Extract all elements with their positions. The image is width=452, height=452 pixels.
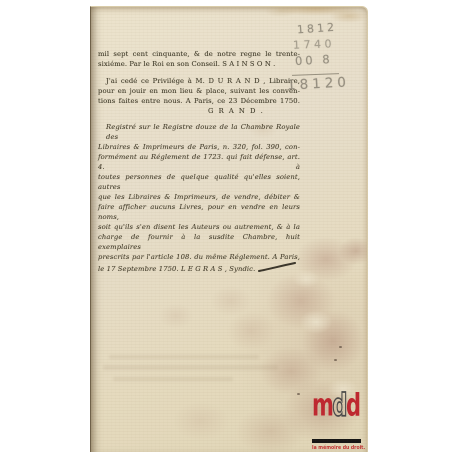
- text-line: Registré sur le Registre douze de la Cha…: [98, 122, 300, 142]
- logo-tagline: la mémoire du droit.: [312, 445, 358, 451]
- bookseller-watermark: mdd la mémoire du droit.: [312, 406, 362, 451]
- text-line: sixiéme. Par le Roi en son Conseil. S A …: [98, 59, 300, 69]
- show-through-line: [109, 355, 259, 359]
- ink-speck: [334, 359, 337, 361]
- text-line: le 17 Septembre 1750. L E G R A S , Synd…: [98, 265, 255, 273]
- pencil-annotation-total: 18120: [287, 74, 351, 93]
- show-through-line: [103, 365, 278, 370]
- text-line: J'ai cedé ce Privilége à M. D U R A N D …: [98, 76, 300, 86]
- logo-bar: [312, 439, 361, 443]
- mdd-logo: mdd: [312, 390, 362, 438]
- text-line: prescrits par l'article 108. du même Rég…: [98, 252, 300, 262]
- ink-speck: [297, 393, 300, 395]
- paragraph-cession: J'ai cedé ce Privilége à M. D U R A N D …: [98, 76, 300, 116]
- pencil-annotation: 1812: [297, 21, 338, 37]
- pencil-annotation: 00 8: [295, 52, 333, 68]
- paragraph-closing: mil sept cent cinquante, & de notre regn…: [98, 49, 300, 69]
- text-line: charge de fournir à la susdite Chambre, …: [98, 232, 300, 252]
- ink-speck: [339, 346, 342, 348]
- text-line: soit qu'ils s'en disent les Auteurs ou a…: [98, 222, 300, 232]
- scan-background: mil sept cent cinquante, & de notre regn…: [0, 0, 452, 452]
- text-line: mil sept cent cinquante, & de notre regn…: [98, 49, 300, 59]
- text-line: Libraires & Imprimeurs de Paris, n. 320,…: [98, 142, 300, 152]
- text-line: toutes personnes de quelque qualité qu'e…: [98, 172, 300, 192]
- show-through-line: [113, 377, 233, 381]
- text-line: le 17 Septembre 1750. L E G R A S , Synd…: [98, 262, 300, 274]
- logo-letter-m: m: [312, 387, 332, 423]
- text-line: tions faites entre nous. A Paris, ce 23 …: [98, 96, 300, 106]
- logo-letter-d: d: [346, 387, 360, 423]
- text-line: pour en jouir en mon lieu & place, suiva…: [98, 86, 300, 96]
- text-line: que les Libraires & Imprimeurs, de vendr…: [98, 192, 300, 202]
- book-page: mil sept cent cinquante, & de notre regn…: [90, 6, 368, 452]
- text-line: formément au Réglement de 1723. qui fait…: [98, 152, 300, 172]
- pencil-annotation: 1740: [293, 37, 335, 51]
- signature-grand: G R A N D .: [98, 106, 300, 116]
- logo-letter-d-outline: d: [332, 387, 346, 423]
- text-line: faire afficher aucuns Livres, pour en ve…: [98, 202, 300, 222]
- ink-flourish-icon: [258, 262, 296, 272]
- printed-text: mil sept cent cinquante, & de notre regn…: [98, 49, 300, 274]
- paragraph-registration: Registré sur le Registre douze de la Cha…: [98, 122, 300, 274]
